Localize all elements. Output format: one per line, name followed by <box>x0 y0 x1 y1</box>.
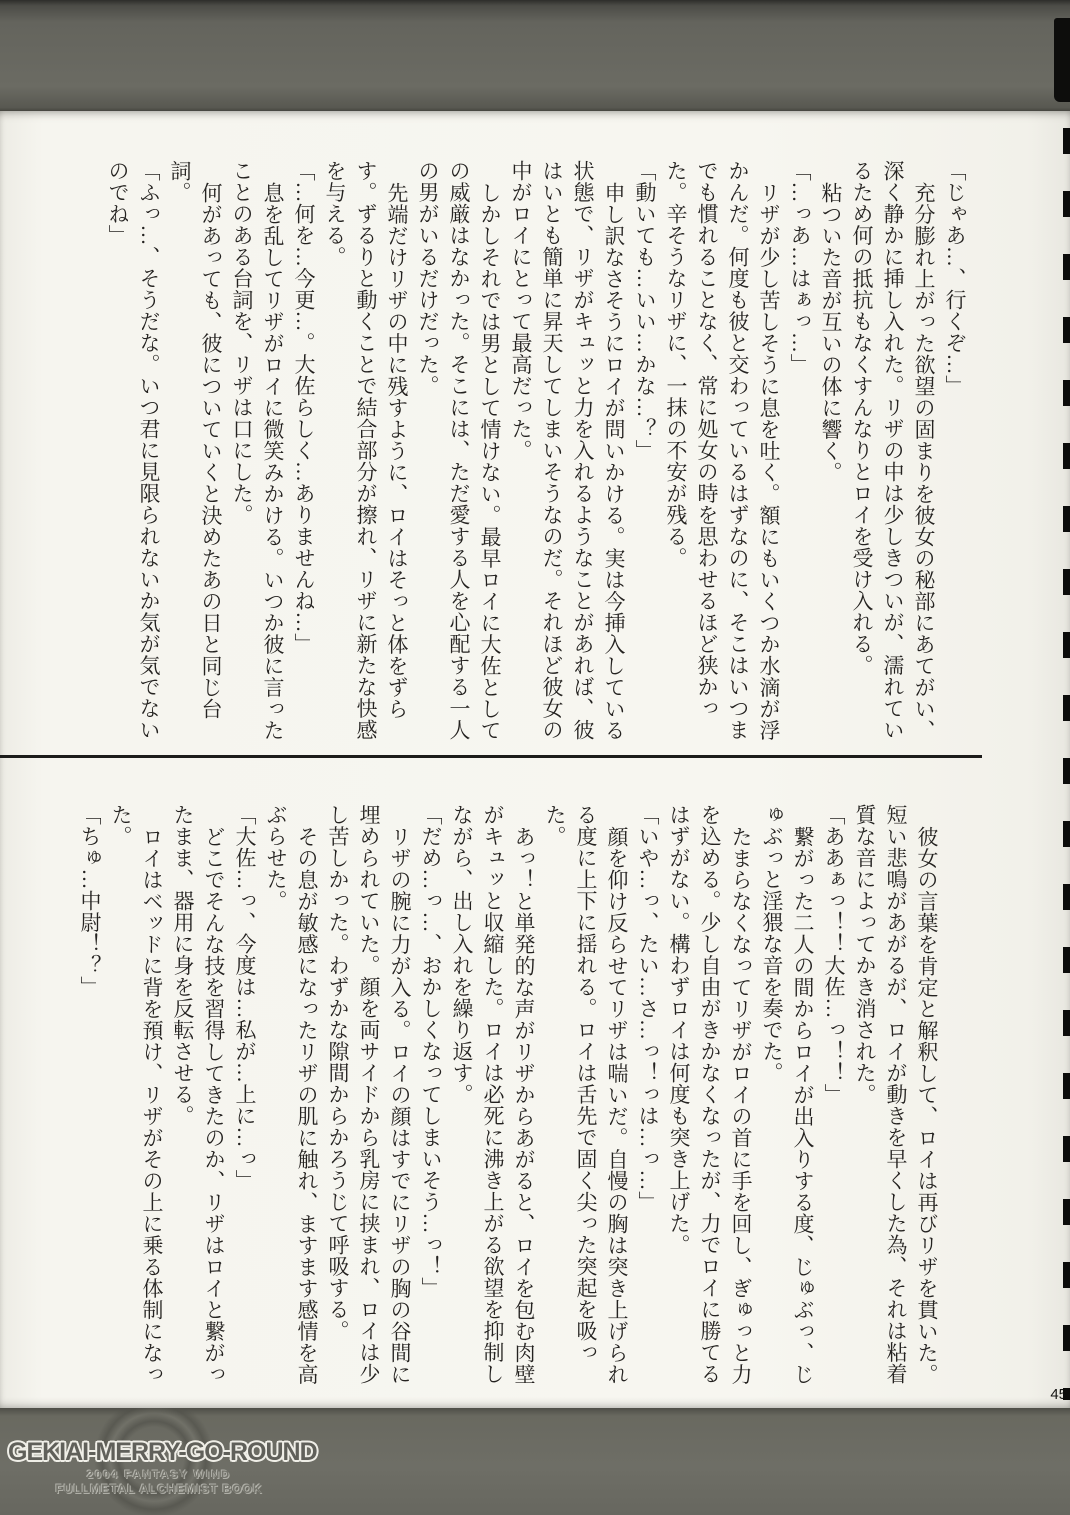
logo-title: GEKIAI-MERRY-GO-ROUND <box>8 1438 310 1467</box>
binding-marks <box>1063 128 1070 1400</box>
paragraph: 粘ついた音が互いの体に響く。 <box>815 160 846 742</box>
paragraph: ロイはベッドに背を預け、リザがその上に乗る体制になった。 <box>105 804 167 1390</box>
paragraph: 息を乱してリザがロイに微笑みかける。いつか彼に言ったことのある台詞を、リザは口に… <box>226 160 288 742</box>
paragraph: 繋がった二人の間からロイが出入りする度、じゅぶっ、じゅぶっと淫猥な音を奏でた。 <box>756 804 818 1390</box>
dialogue-line: 「ちゅ…中尉！？」 <box>74 804 105 1390</box>
top-text-section: 「じゃあ…、行くぞ…」 充分膨れ上がった欲望の固まりを彼女の秘部にあてがい、深く… <box>102 160 970 742</box>
paragraph: 彼女の言葉を肯定と解釈して、ロイは再びリザを貫いた。短い悲鳴があがるが、ロイが動… <box>849 804 942 1390</box>
section-divider-rule <box>0 755 982 758</box>
paragraph: たまらなくなってリザがロイの首に手を回し、ぎゅっと力を込める。少し自由がきかなく… <box>663 804 756 1390</box>
paragraph: 申し訳なさそうにロイが問いかける。実は今挿入している状態で、リザがキュッと力を入… <box>505 160 629 742</box>
bottom-text-section: 彼女の言葉を肯定と解釈して、ロイは再びリザを貫いた。短い悲鳴があがるが、ロイが動… <box>74 804 942 1390</box>
paragraph: 充分膨れ上がった欲望の固まりを彼女の秘部にあてがい、深く静かに挿し入れた。リザの… <box>846 160 939 742</box>
dialogue-line: 「いや…っ、たい…さ…っ！っは…っ…」 <box>632 804 663 1390</box>
logo-subtitle-series: FULLMETAL ALCHEMIST BOOK <box>8 1482 310 1496</box>
dialogue-line: 「ああぁっ！！大佐…っ！！」 <box>818 804 849 1390</box>
paragraph: 先端だけリザの中に残すように、ロイはそっと体をずらす。ずるりと動くことで結合部分… <box>319 160 412 742</box>
paragraph: リザの腕に力が入る。ロイの顔はすでにリザの胸の谷間に埋められていた。顔を両サイド… <box>322 804 415 1390</box>
dialogue-line: 「じゃあ…、行くぞ…」 <box>939 160 970 742</box>
paragraph: あっ！と単発的な声がリザからあがると、ロイを包む肉壁がキュッと収縮した。ロイは必… <box>446 804 539 1390</box>
paragraph: 顔を仰け反らせてリザは喘いだ。自慢の胸は突き上げられる度に上下に揺れる。ロイは舌… <box>539 804 632 1390</box>
footer-logo: GEKIAI-MERRY-GO-ROUND 2004 FANTASY WIND … <box>8 1438 310 1496</box>
logo-subtitle-year: 2004 FANTASY WIND <box>8 1469 310 1481</box>
paragraph: しかしそれでは男として情けない。最早ロイに大佐としての威厳はなかった。そこには、… <box>412 160 505 742</box>
dialogue-line: 「だめ…っ…、おかしくなってしまいそう…っ！」 <box>415 804 446 1390</box>
scanned-book-page: 「じゃあ…、行くぞ…」 充分膨れ上がった欲望の固まりを彼女の秘部にあてがい、深く… <box>0 0 1070 1515</box>
dialogue-line: 「ふっ…、そうだな。いつ君に見限られないか気が気でないのでね」 <box>102 160 164 742</box>
dialogue-line: 「…っあ…はぁっ…」 <box>784 160 815 742</box>
dialogue-line: 「動いても…いい…かな…？」 <box>629 160 660 742</box>
binding-mark-corner <box>1054 18 1070 102</box>
top-margin-band <box>0 0 1070 111</box>
paragraph: リザが少し苦しそうに息を吐く。額にもいくつか水滴が浮かんだ。何度も彼と交わってい… <box>660 160 784 742</box>
paragraph: どこでそんな技を習得してきたのか、リザはロイと繋がったまま、器用に身を反転させる… <box>167 804 229 1390</box>
paragraph: 何があっても、彼についていくと決めたあの日と同じ台詞。 <box>164 160 226 742</box>
dialogue-line: 「…何を…今更…。大佐らしく…ありませんね…」 <box>288 160 319 742</box>
paragraph: その息が敏感になったリザの肌に触れ、ますます感情を高ぶらせた。 <box>260 804 322 1390</box>
dialogue-line: 「大佐…っ、今度は…私が…上に…っ」 <box>229 804 260 1390</box>
